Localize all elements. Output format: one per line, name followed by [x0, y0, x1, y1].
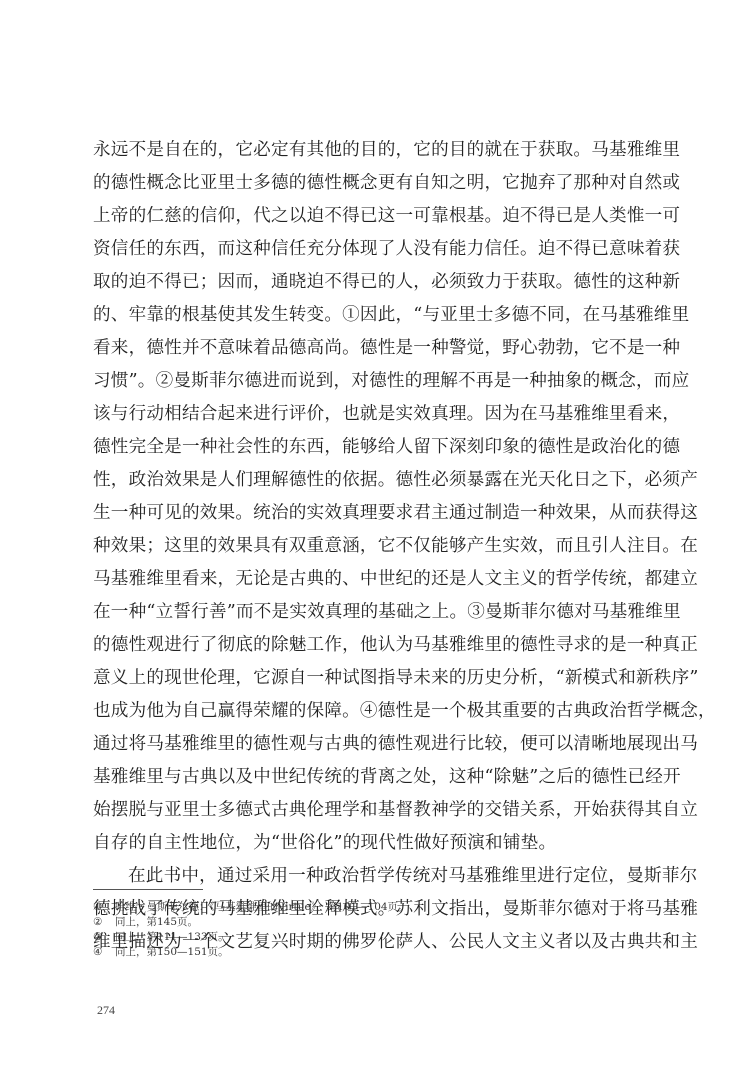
text-line: 意义上的现世伦理，它源自一种试图指导未来的历史分析，“新模式和新秩序” [93, 662, 613, 695]
footnote: ④同上，第150—151页。 [93, 945, 613, 960]
text-line: 自存的自主性地位，为“世俗化”的现代性做好预演和铺垫。 [93, 827, 613, 860]
body-text: 永远不是自在的，它必定有其他的目的，它的目的就在于获取。马基雅维里的德性概念比亚… [93, 134, 613, 959]
text-line: 上帝的仁慈的信仰，代之以迫不得已这一可靠根基。迫不得已是人类惟一可 [93, 200, 613, 233]
text-line: 生一种可见的效果。统治的实效真理要求君主通过制造一种效果，从而获得这 [93, 497, 613, 530]
footnote-marker: ③ [93, 930, 115, 945]
text-line: 种效果；这里的效果具有双重意涵，它不仅能够产生实效，而且引人注目。在 [93, 530, 613, 563]
text-line: 的、牢靠的根基使其发生转变。①因此，“与亚里士多德不同，在马基雅维里 [93, 299, 613, 332]
text-line: 看来，德性并不意味着品德高尚。德性是一种警觉，野心勃勃，它不是一种 [93, 332, 613, 365]
footnote-text: 同上，第111—133页。 [115, 930, 229, 945]
text-line: 的德性观进行了彻底的除魅工作，他认为马基雅维里的德性寻求的是一种真正 [93, 629, 613, 662]
text-line: 通过将马基雅维里的德性观与古典的德性观进行比较，便可以清晰地展现出马 [93, 728, 613, 761]
footnote-marker: ① [93, 900, 115, 915]
text-line: 习惯”。②曼斯菲尔德进而说到，对德性的理解不再是一种抽象的概念，而应 [93, 365, 613, 398]
text-line: 始摆脱与亚里士多德式古典伦理学和基督教神学的交错关系，开始获得其自立 [93, 794, 613, 827]
page-number: 274 [97, 1003, 115, 1018]
footnote: ①哈维・曼斯菲尔德：《马基雅维里的Virtue》，第101—104页。 [93, 900, 613, 915]
text-line: 该与行动相结合起来进行评价，也就是实效真理。因为在马基雅维里看来， [93, 398, 613, 431]
book-page: 永远不是自在的，它必定有其他的目的，它的目的就在于获取。马基雅维里的德性概念比亚… [0, 0, 750, 1087]
footnote-separator [93, 889, 203, 890]
footnote: ③同上，第111—133页。 [93, 930, 613, 945]
footnote-text: 同上，第145页。 [115, 915, 198, 930]
text-line: 资信任的东西，而这种信任充分体现了人没有能力信任。迫不得已意味着获 [93, 233, 613, 266]
footnotes: ①哈维・曼斯菲尔德：《马基雅维里的Virtue》，第101—104页。②同上，第… [93, 900, 613, 960]
text-line: 永远不是自在的，它必定有其他的目的，它的目的就在于获取。马基雅维里 [93, 134, 613, 167]
text-line: 取的迫不得已；因而，通晓迫不得已的人，必须致力于获取。德性的这种新 [93, 266, 613, 299]
footnote: ②同上，第145页。 [93, 915, 613, 930]
footnote-marker: ④ [93, 945, 115, 960]
text-line: 马基雅维里看来，无论是古典的、中世纪的还是人文主义的哲学传统，都建立 [93, 563, 613, 596]
text-line: 也成为他为自己赢得荣耀的保障。④德性是一个极其重要的古典政治哲学概念， [93, 695, 613, 728]
footnote-marker: ② [93, 915, 115, 930]
footnote-text: 哈维・曼斯菲尔德：《马基雅维里的Virtue》，第101—104页。 [115, 900, 409, 915]
text-line: 性，政治效果是人们理解德性的依据。德性必须暴露在光天化日之下，必须产 [93, 464, 613, 497]
text-line: 德性完全是一种社会性的东西，能够给人留下深刻印象的德性是政治化的德 [93, 431, 613, 464]
text-line: 在一种“立誓行善”而不是实效真理的基础之上。③曼斯菲尔德对马基雅维里 [93, 596, 613, 629]
text-line: 的德性概念比亚里士多德的德性概念更有自知之明，它抛弃了那种对自然或 [93, 167, 613, 200]
text-line: 基雅维里与古典以及中世纪传统的背离之处，这种“除魅”之后的德性已经开 [93, 761, 613, 794]
footnote-text: 同上，第150—151页。 [115, 945, 229, 960]
